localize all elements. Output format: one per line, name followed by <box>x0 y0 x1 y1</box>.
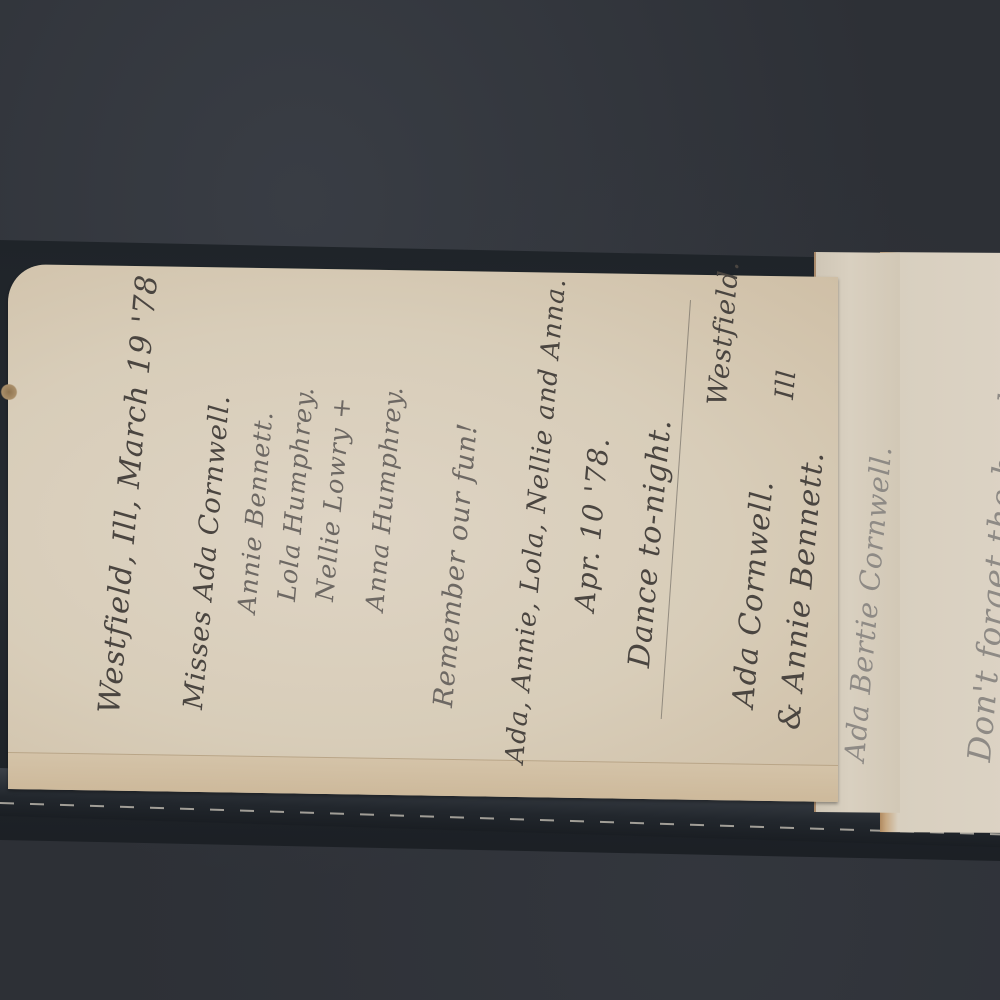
entry-4-state: Ill <box>770 368 802 400</box>
